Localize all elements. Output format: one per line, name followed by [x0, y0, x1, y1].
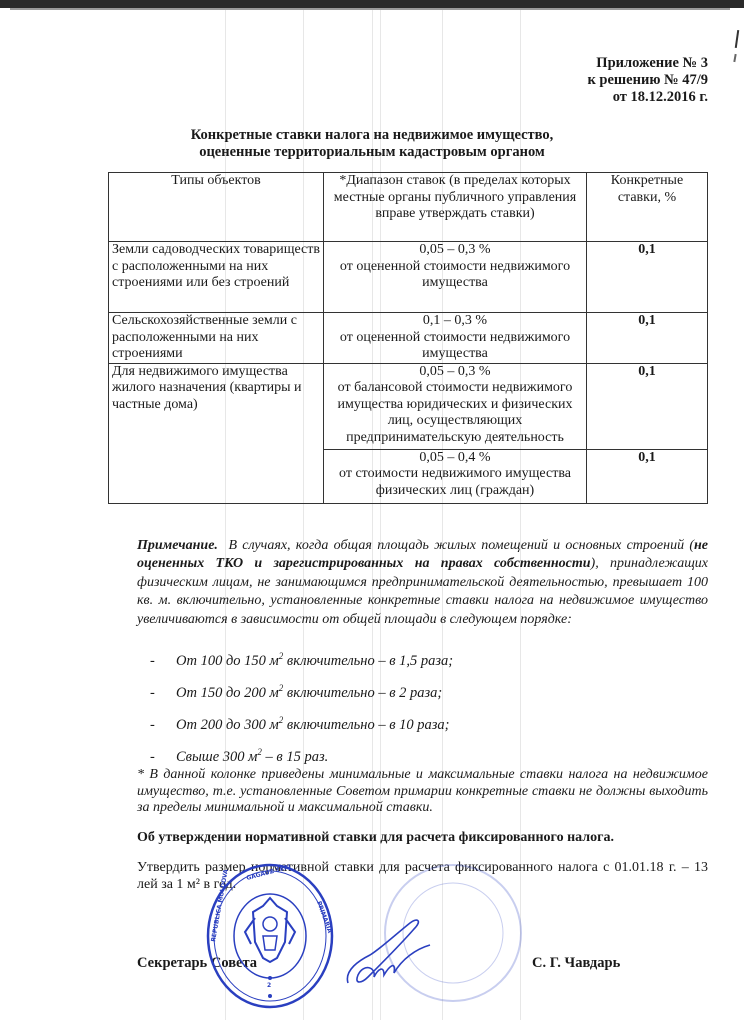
decision-date: от 18.12.2016 г.: [587, 89, 708, 106]
footnote: * В данной колонке приведены минимальные…: [137, 767, 708, 817]
rate-range-cell: 0,05 – 0,3 % от балансовой стоимости нед…: [324, 363, 587, 449]
bullet-dash: -: [150, 651, 176, 671]
note-label: Примечание.: [137, 538, 218, 553]
rate-base: от оцененной стоимости недвижимого имуще…: [327, 259, 583, 292]
scan-mark: [733, 54, 736, 62]
official-stamp-icon: GAGAUZ YERI REPUBLICA MOLDOVA PRIMARIA 2: [205, 862, 335, 1010]
item-text: включительно – в 10 раза;: [283, 717, 449, 733]
rate-base: от балансовой стоимости недвижимого имущ…: [327, 380, 583, 446]
table-row: Сельскохозяйственные земли с расположенн…: [109, 313, 708, 364]
list-item: -От 150 до 200 м2 включительно – в 2 раз…: [150, 678, 453, 710]
column-header-object-types: Типы объектов: [109, 173, 324, 242]
item-text: От 100 до 150 м: [176, 653, 279, 669]
tax-rates-table: Типы объектов *Диапазон ставок (в предел…: [108, 172, 708, 504]
handwritten-signature-icon: [340, 915, 435, 990]
specific-rate-cell: 0,1: [587, 449, 708, 503]
note-text: В случаях, когда общая площадь жилых пом…: [228, 538, 694, 553]
area-multiplier-list: -От 100 до 150 м2 включительно – в 1,5 р…: [150, 646, 453, 774]
bullet-dash: -: [150, 683, 176, 703]
bullet-dash: -: [150, 747, 176, 767]
scan-top-edge-shadow: [10, 8, 730, 10]
item-text: – в 15 раз.: [262, 749, 328, 765]
appendix-reference: Приложение № 3 к решению № 47/9 от 18.12…: [587, 55, 708, 106]
decision-number: к решению № 47/9: [587, 72, 708, 89]
specific-rate-cell: 0,1: [587, 313, 708, 364]
rate-range: 0,05 – 0,4 %: [327, 450, 583, 467]
table-row: Земли садоводческих товариществ с распол…: [109, 242, 708, 313]
bullet-dash: -: [150, 715, 176, 735]
signatory-name: С. Г. Чавдарь: [532, 955, 620, 972]
document-title: Конкретные ставки налога на недвижимое и…: [0, 127, 744, 161]
rate-range-cell: 0,05 – 0,4 % от стоимости недвижимого им…: [324, 449, 587, 503]
object-type-cell: Сельскохозяйственные земли с расположенн…: [109, 313, 324, 364]
scan-mark: [735, 30, 739, 48]
list-item: -От 200 до 300 м2 включительно – в 10 ра…: [150, 710, 453, 742]
table-header-row: Типы объектов *Диапазон ставок (в предел…: [109, 173, 708, 242]
rate-range: 0,05 – 0,3 %: [327, 242, 583, 259]
rate-range-cell: 0,05 – 0,3 % от оцененной стоимости недв…: [324, 242, 587, 313]
object-type-cell: Земли садоводческих товариществ с распол…: [109, 242, 324, 313]
appendix-number: Приложение № 3: [587, 55, 708, 72]
specific-rate-cell: 0,1: [587, 363, 708, 449]
svg-text:2: 2: [267, 982, 271, 989]
item-text: От 150 до 200 м: [176, 685, 279, 701]
fixed-tax-heading: Об утверждении нормативной ставки для ра…: [137, 830, 614, 846]
specific-rate-cell: 0,1: [587, 242, 708, 313]
specific-rate-header-text: Конкретные ставки, %: [611, 173, 683, 205]
item-text: включительно – в 2 раза;: [283, 685, 442, 701]
column-header-rate-range: *Диапазон ставок (в пределах которых мес…: [324, 173, 587, 242]
rate-range: 0,1 – 0,3 %: [327, 313, 583, 330]
note-paragraph: Примечание. В случаях, когда общая площа…: [137, 537, 708, 629]
list-item: -От 100 до 150 м2 включительно – в 1,5 р…: [150, 646, 453, 678]
rate-range: 0,05 – 0,3 %: [327, 364, 583, 381]
object-type-cell: Для недвижимого имущества жилого назначе…: [109, 363, 324, 503]
item-text: включительно – в 1,5 раза;: [283, 653, 453, 669]
title-line-2: оцененные территориальным кадастровым ор…: [0, 144, 744, 161]
item-text: Свыше 300 м: [176, 749, 257, 765]
scan-top-edge: [0, 0, 744, 8]
rate-base: от оцененной стоимости недвижимого имуще…: [327, 330, 583, 363]
rate-range-cell: 0,1 – 0,3 % от оцененной стоимости недви…: [324, 313, 587, 364]
table-row: Для недвижимого имущества жилого назначе…: [109, 363, 708, 449]
column-header-specific-rate: Конкретные ставки, %: [587, 173, 708, 242]
item-text: От 200 до 300 м: [176, 717, 279, 733]
rate-base: от стоимости недвижимого имущества физич…: [327, 466, 583, 499]
title-line-1: Конкретные ставки налога на недвижимое и…: [0, 127, 744, 144]
